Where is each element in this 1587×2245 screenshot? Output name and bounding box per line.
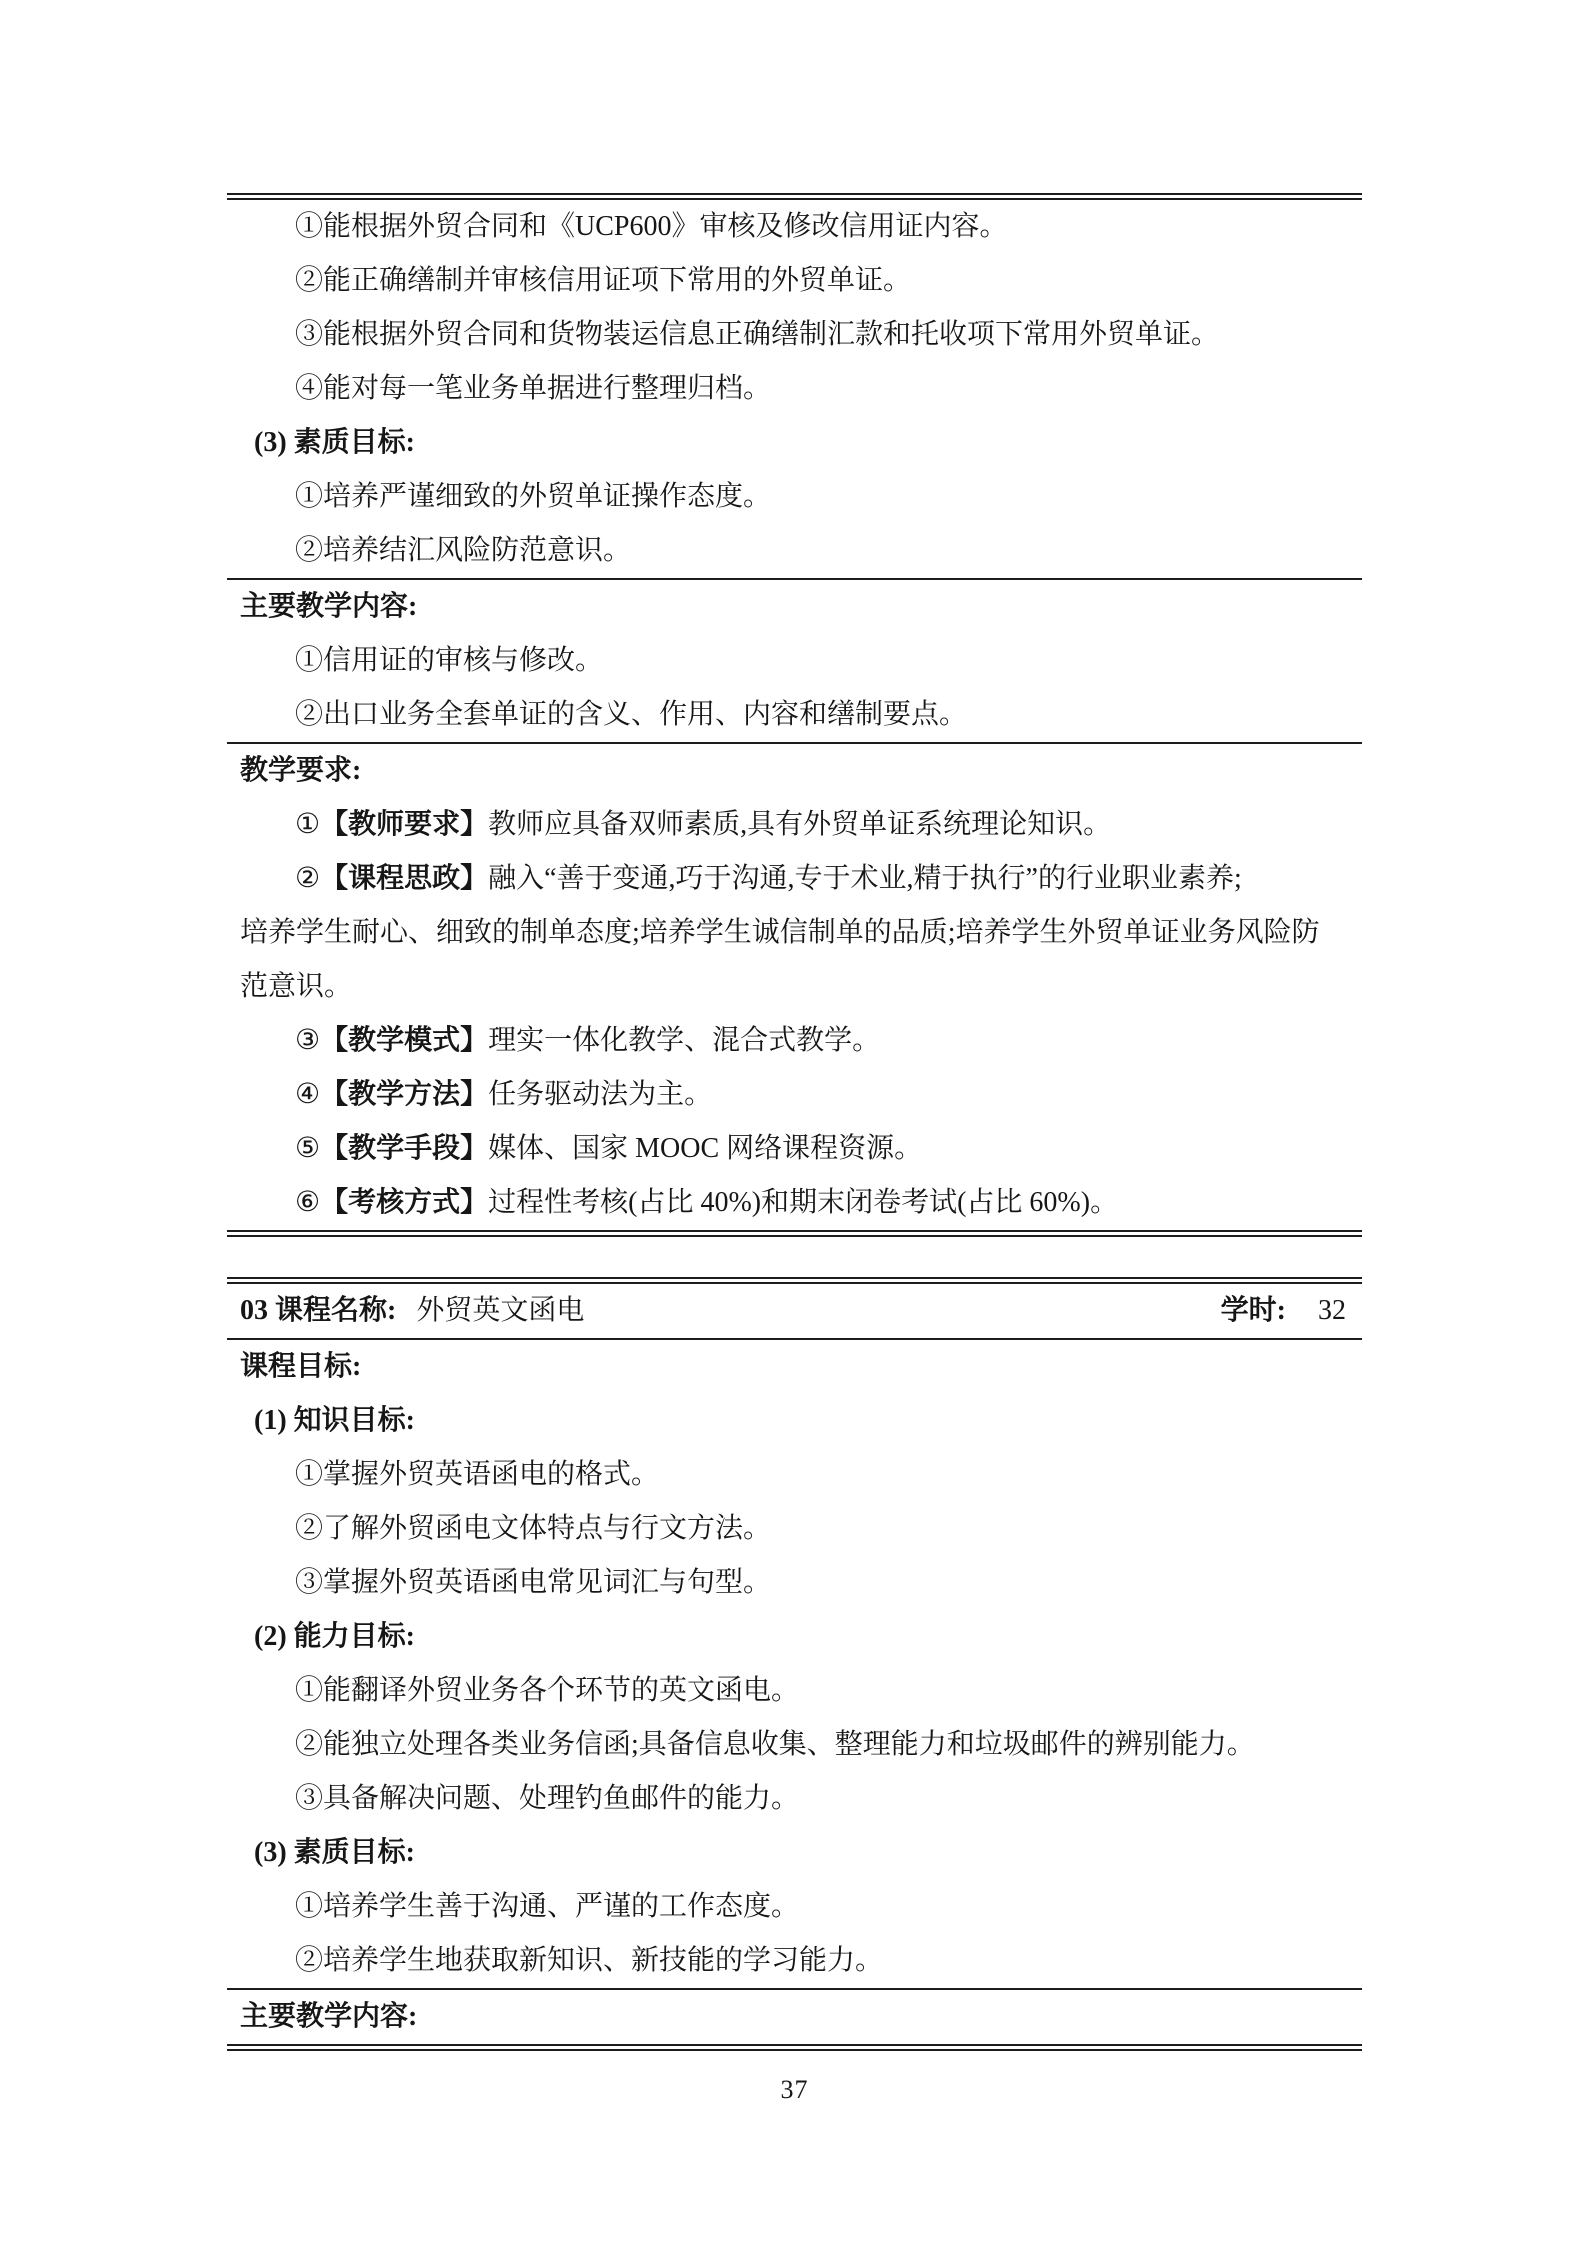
teaching-content-heading: 主要教学内容: (227, 580, 1362, 634)
item-number: ① (295, 809, 320, 840)
requirement-tag: 【教学手段】 (320, 1133, 488, 1164)
table-bottom-double-rule (227, 2044, 1362, 2051)
course-table-continued: ①能根据外贸合同和《UCP600》审核及修改信用证内容。 ②能正确缮制并审核信用… (227, 193, 1362, 1237)
list-item: ①掌握外贸英语函电的格式。 (227, 1448, 1362, 1502)
course-hours-group: 学时:32 (1221, 1284, 1346, 1338)
table-top-double-rule (227, 193, 1362, 200)
table-bottom-double-rule (227, 1230, 1362, 1237)
course-objectives-heading: 课程目标: (227, 1340, 1362, 1394)
list-item: ④能对每一笔业务单据进行整理归档。 (227, 362, 1362, 416)
requirement-tag: 【教师要求】 (320, 809, 488, 840)
course-table-03: 03 课程名称:外贸英文函电 学时:32 课程目标: (1) 知识目标: ①掌握… (227, 1277, 1362, 2051)
course-name: 外贸英文函电 (416, 1295, 584, 1326)
item-number: ② (295, 863, 320, 894)
requirement-text: 融入“善于变通,巧于沟通,专于术业,精于执行”的行业职业素养; (488, 863, 1242, 894)
list-item: ①培养学生善于沟通、严谨的工作态度。 (227, 1880, 1362, 1934)
requirement-item: ④【教学方法】任务驱动法为主。 (227, 1068, 1362, 1122)
list-item: ②出口业务全套单证的含义、作用、内容和缮制要点。 (227, 688, 1362, 742)
requirement-item: ②【课程思政】融入“善于变通,巧于沟通,专于术业,精于执行”的行业职业素养; (227, 852, 1362, 906)
requirement-text: 任务驱动法为主。 (488, 1079, 712, 1110)
list-item: ①能根据外贸合同和《UCP600》审核及修改信用证内容。 (227, 200, 1362, 254)
item-number: ④ (295, 1079, 320, 1110)
list-item: ③能根据外贸合同和货物装运信息正确缮制汇款和托收项下常用外贸单证。 (227, 308, 1362, 362)
requirement-item: ①【教师要求】教师应具备双师素质,具有外贸单证系统理论知识。 (227, 798, 1362, 852)
teaching-requirements-heading: 教学要求: (227, 744, 1362, 798)
requirement-text: 教师应具备双师素质,具有外贸单证系统理论知识。 (488, 809, 1111, 840)
requirement-text: 理实一体化教学、混合式教学。 (488, 1025, 880, 1056)
requirement-text: 过程性考核(占比 40%)和期末闭卷考试(占比 60%)。 (488, 1187, 1118, 1218)
item-number: ⑤ (295, 1133, 320, 1164)
knowledge-objectives-heading: (1) 知识目标: (227, 1394, 1362, 1448)
item-number: ⑥ (295, 1187, 320, 1218)
course-title-group: 03 课程名称:外贸英文函电 (240, 1284, 584, 1338)
requirement-tag: 【考核方式】 (320, 1187, 488, 1218)
list-item: ①培养严谨细致的外贸单证操作态度。 (227, 470, 1362, 524)
syllabus-content: ①能根据外贸合同和《UCP600》审核及修改信用证内容。 ②能正确缮制并审核信用… (227, 193, 1362, 2105)
list-item: ②培养结汇风险防范意识。 (227, 524, 1362, 578)
table-gap (227, 1237, 1362, 1277)
paragraph-continuation-line: 范意识。 (227, 960, 1362, 1014)
paragraph-continuation-line: 培养学生耐心、细致的制单态度;培养学生诚信制单的品质;培养学生外贸单证业务风险防 (227, 906, 1362, 960)
requirement-item: ⑤【教学手段】媒体、国家 MOOC 网络课程资源。 (227, 1122, 1362, 1176)
requirement-text: 媒体、国家 MOOC 网络课程资源。 (488, 1133, 922, 1164)
requirement-item: ⑥【考核方式】过程性考核(占比 40%)和期末闭卷考试(占比 60%)。 (227, 1176, 1362, 1230)
ability-objectives-heading: (2) 能力目标: (227, 1610, 1362, 1664)
list-item: ②培养学生地获取新知识、新技能的学习能力。 (227, 1934, 1362, 1988)
teaching-content-heading: 主要教学内容: (227, 1990, 1362, 2044)
course-header-row: 03 课程名称:外贸英文函电 学时:32 (227, 1284, 1362, 1338)
requirement-tag: 【教学方法】 (320, 1079, 488, 1110)
list-item: ②了解外贸函电文体特点与行文方法。 (227, 1502, 1362, 1556)
requirement-item: ③【教学模式】理实一体化教学、混合式教学。 (227, 1014, 1362, 1068)
hours-value: 32 (1318, 1295, 1346, 1326)
quality-objectives-heading: (3) 素质目标: (227, 1826, 1362, 1880)
quality-objectives-heading: (3) 素质目标: (227, 416, 1362, 470)
requirement-tag: 【教学模式】 (320, 1025, 488, 1056)
list-item: ①信用证的审核与修改。 (227, 634, 1362, 688)
list-item: ③掌握外贸英语函电常见词汇与句型。 (227, 1556, 1362, 1610)
list-item: ①能翻译外贸业务各个环节的英文函电。 (227, 1664, 1362, 1718)
page-number: 37 (227, 2075, 1362, 2105)
list-item: ②能正确缮制并审核信用证项下常用的外贸单证。 (227, 254, 1362, 308)
course-number-label: 03 课程名称: (240, 1295, 396, 1326)
hours-label: 学时: (1221, 1295, 1286, 1326)
requirement-tag: 【课程思政】 (320, 863, 488, 894)
list-item: ②能独立处理各类业务信函;具备信息收集、整理能力和垃圾邮件的辨别能力。 (227, 1718, 1362, 1772)
item-number: ③ (295, 1025, 320, 1056)
list-item: ③具备解决问题、处理钓鱼邮件的能力。 (227, 1772, 1362, 1826)
document-page: ①能根据外贸合同和《UCP600》审核及修改信用证内容。 ②能正确缮制并审核信用… (0, 0, 1587, 2245)
table-top-double-rule (227, 1277, 1362, 1284)
